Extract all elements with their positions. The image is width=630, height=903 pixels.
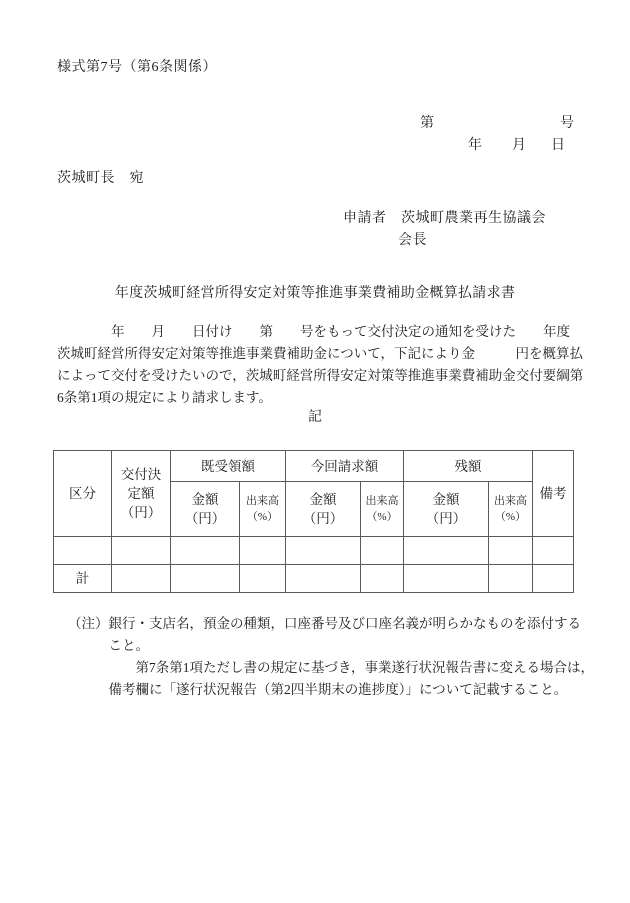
cell-balance-amount-blank	[404, 537, 489, 565]
total-balance-amount-blank	[404, 565, 489, 593]
subheader-balance-amount: 金額 （円）	[404, 482, 489, 537]
doc-number-line: 第 号	[0, 112, 630, 130]
note-line-4: 備考欄に「遂行状況報告（第2四半期末の進捗度）」について記載すること。	[68, 679, 608, 701]
date-year-label: 年	[468, 134, 482, 154]
cell-balance-progress-blank	[489, 537, 533, 565]
cell-grant-decision-blank	[112, 537, 171, 565]
cell-request-progress-blank	[361, 537, 404, 565]
group-header-balance: 残額	[404, 451, 533, 482]
cell-received-amount-blank	[171, 537, 240, 565]
notes-block: （注）銀行・支店名，預金の種類，口座番号及び口座名義が明らかなものを添付する こ…	[68, 613, 608, 701]
body-line-2: 茨城町経営所得安定対策等推進事業費補助金について，下記により金 円を概算払	[57, 343, 591, 365]
body-paragraph: 年 月 日付け 第 号をもって交付決定の通知を受けた 年度 茨城町経営所得安定対…	[57, 321, 591, 409]
note-line-2: こと。	[68, 635, 608, 657]
total-received-progress-blank	[240, 565, 286, 593]
col-header-grant-decision: 交付決 定額 （円）	[112, 451, 171, 537]
date-line: 年 月 日	[0, 134, 630, 152]
subheader-request-amount: 金額 （円）	[286, 482, 361, 537]
cell-category-blank	[54, 537, 112, 565]
body-line-1: 年 月 日付け 第 号をもって交付決定の通知を受けた 年度	[57, 321, 591, 343]
document-title: 年度茨城町経営所得安定対策等推進事業費補助金概算払請求書	[0, 285, 630, 302]
addressee: 茨城町長 宛	[57, 170, 144, 187]
total-grant-decision-blank	[112, 565, 171, 593]
total-request-amount-blank	[286, 565, 361, 593]
cell-received-progress-blank	[240, 537, 286, 565]
total-remarks-blank	[533, 565, 574, 593]
date-day-label: 日	[551, 134, 565, 154]
cell-remarks-blank	[533, 537, 574, 565]
subheader-received-amount: 金額 （円）	[171, 482, 240, 537]
subheader-request-progress: 出来高 （%）	[361, 482, 404, 537]
col-header-category: 区分	[54, 451, 112, 537]
date-month-label: 月	[512, 134, 526, 154]
doc-number-suffix: 号	[560, 112, 574, 132]
applicant-block: 申請者 茨城町農業再生協議会 会長	[343, 208, 546, 252]
applicant-line: 申請者 茨城町農業再生協議会	[343, 208, 546, 230]
note-line-3: 第7条第1項ただし書の規定に基づき，事業遂行状況報告書に変える場合は，	[68, 657, 608, 679]
form-number: 様式第7号（第6条関係）	[57, 59, 217, 76]
subheader-received-progress: 出来高 （%）	[240, 482, 286, 537]
body-line-3: によって交付を受けたいので，茨城町経営所得安定対策等推進事業費補助金交付要綱第	[57, 365, 591, 387]
section-mark-ki: 記	[0, 409, 630, 426]
body-line-4: 6条第1項の規定により請求します。	[57, 387, 591, 409]
total-received-amount-blank	[171, 565, 240, 593]
note-line-1: （注）銀行・支店名，預金の種類，口座番号及び口座名義が明らかなものを添付する	[68, 613, 608, 635]
col-header-remarks: 備考	[533, 451, 574, 537]
document-page: 様式第7号（第6条関係） 第 号 年 月 日 茨城町長 宛 申請者 茨城町農業再…	[0, 0, 630, 903]
group-header-received: 既受領額	[171, 451, 286, 482]
total-balance-progress-blank	[489, 565, 533, 593]
subheader-balance-progress: 出来高 （%）	[489, 482, 533, 537]
group-header-current-request: 今回請求額	[286, 451, 404, 482]
total-row-label: 計	[54, 565, 112, 593]
total-request-progress-blank	[361, 565, 404, 593]
doc-number-prefix: 第	[420, 112, 434, 132]
cell-request-amount-blank	[286, 537, 361, 565]
request-table: 区分 交付決 定額 （円） 既受領額 今回請求額 残額 備考 金額 （円） 出来…	[53, 450, 574, 593]
applicant-title: 会長	[343, 230, 546, 252]
